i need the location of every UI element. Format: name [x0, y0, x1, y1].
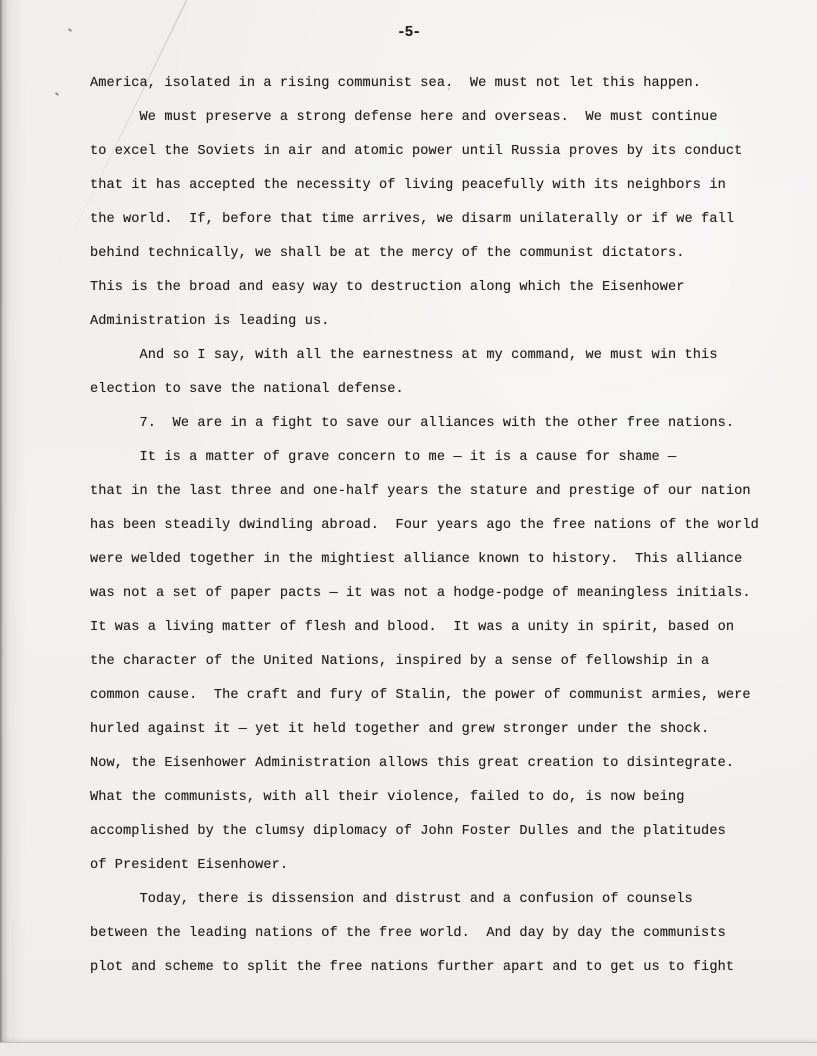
text-line: the world. If, before that time arrives,… [90, 203, 780, 237]
text-line: the character of the United Nations, ins… [90, 645, 780, 679]
text-line: Administration is leading us. [90, 305, 780, 339]
text-line: Today, there is dissension and distrust … [90, 883, 780, 917]
paper-speckle [55, 92, 59, 96]
text-line: between the leading nations of the free … [90, 917, 780, 951]
text-line: election to save the national defense. [90, 373, 780, 407]
text-line: And so I say, with all the earnestness a… [90, 339, 780, 373]
text-line: It is a matter of grave concern to me — … [90, 441, 780, 475]
text-line: What the communists, with all their viol… [90, 781, 780, 815]
text-line: It was a living matter of flesh and bloo… [90, 611, 780, 645]
text-line: America, isolated in a rising communist … [90, 67, 780, 101]
text-line: behind technically, we shall be at the m… [90, 237, 780, 271]
text-line: has been steadily dwindling abroad. Four… [90, 509, 780, 543]
text-line: that in the last three and one-half year… [90, 475, 780, 509]
document-page: -5- America, isolated in a rising commun… [0, 0, 817, 1056]
text-line: was not a set of paper pacts — it was no… [90, 577, 780, 611]
text-line: to excel the Soviets in air and atomic p… [90, 135, 780, 169]
text-line: We must preserve a strong defense here a… [90, 101, 780, 135]
bottom-page-edge [0, 1042, 817, 1056]
text-line: common cause. The craft and fury of Stal… [90, 679, 780, 713]
text-line: plot and scheme to split the free nation… [90, 951, 780, 985]
document-body: America, isolated in a rising communist … [90, 67, 780, 985]
text-line: This is the broad and easy way to destru… [90, 271, 780, 305]
text-line: accomplished by the clumsy diplomacy of … [90, 815, 780, 849]
text-line: of President Eisenhower. [90, 849, 780, 883]
text-line: Now, the Eisenhower Administration allow… [90, 747, 780, 781]
text-line: hurled against it — yet it held together… [90, 713, 780, 747]
text-line: were welded together in the mightiest al… [90, 543, 780, 577]
text-line: that it has accepted the necessity of li… [90, 169, 780, 203]
text-line: 7. We are in a fight to save our allianc… [90, 407, 780, 441]
page-number: -5- [0, 23, 817, 43]
